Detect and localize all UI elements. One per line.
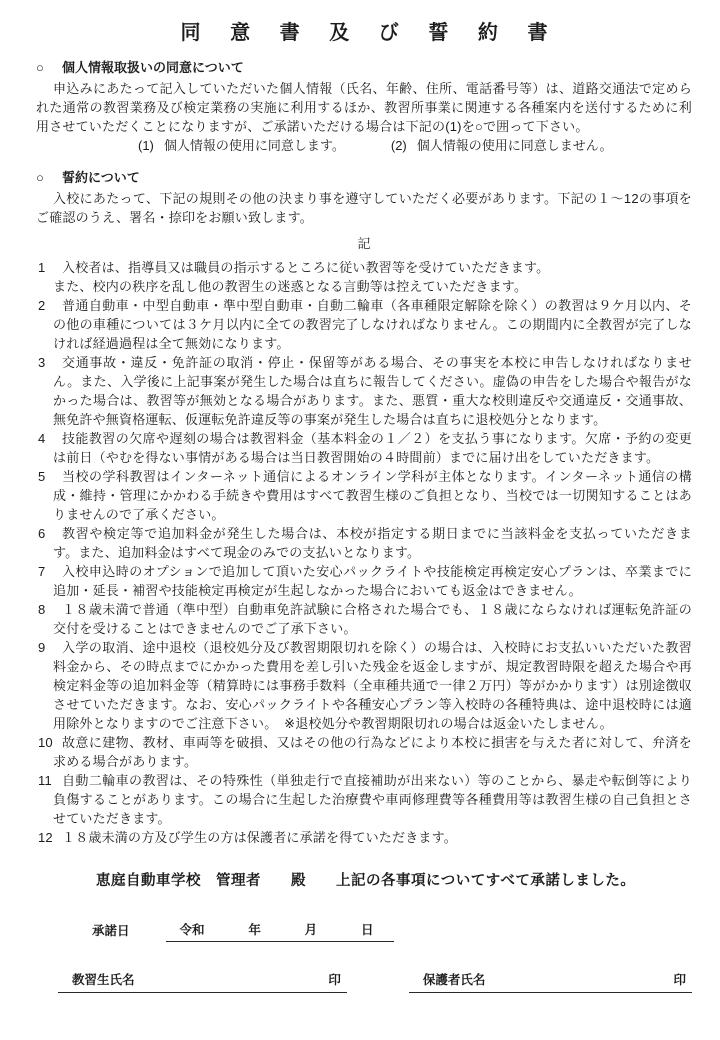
oath-item: 1 入校者は、指導員又は職員の指示するところに従い教習等を受けていただきます。 …: [36, 258, 692, 296]
oath-heading-text: 誓約について: [62, 167, 140, 186]
oath-item-number: 5: [36, 467, 53, 524]
list-start-marker: 記: [36, 234, 692, 253]
oath-item-text: 自動二輪車の教習は、その特殊性（単独走行で直接補助が出来ない）等のことから、暴走…: [53, 771, 692, 828]
consent-date-row: 承諾日 令和 年 月 日: [92, 920, 692, 942]
oath-items-list: 1 入校者は、指導員又は職員の指示するところに従い教習等を受けていただきます。 …: [36, 258, 692, 847]
year-label: 年: [248, 920, 261, 938]
oath-item-number: 10: [36, 733, 53, 771]
circle-marker-icon: ○: [36, 60, 62, 75]
date-label: 承諾日: [92, 921, 130, 942]
oath-item-number: 2: [36, 296, 53, 353]
oath-item: 12 １８歳未満の方及び学生の方は保護者に承諾を得ていただきます。: [36, 828, 692, 847]
oath-item-text: 普通自動車・中型自動車・準中型自動車・自動二輪車（各車種限定解除を除く）の教習は…: [53, 296, 692, 353]
oath-item-number: 6: [36, 524, 53, 562]
consent-options: (1) 個人情報の使用に同意します。 (2) 個人情報の使用に同意しません。: [138, 136, 692, 155]
oath-item: 11 自動二輪車の教習は、その特殊性（単独走行で直接補助が出来ない）等のことから…: [36, 771, 692, 828]
option-2-number: (2): [391, 136, 407, 155]
oath-item: 5 当校の学科教習はインターネット通信によるオンライン学科が主体となります。イン…: [36, 467, 692, 524]
oath-item-text: １８歳未満の方及び学生の方は保護者に承諾を得ていただきます。: [53, 828, 692, 847]
oath-section-heading: ○ 誓約について: [36, 167, 692, 186]
option-1-text: 個人情報の使用に同意します。: [164, 136, 345, 155]
oath-item-number: 11: [36, 771, 53, 828]
signature-row: 教習生氏名 印 保護者氏名 印: [58, 970, 692, 993]
consent-option-disagree: (2) 個人情報の使用に同意しません。: [391, 136, 613, 155]
acknowledgment-line: 恵庭自動車学校 管理者 殿 上記の各事項についてすべて承諾しました。: [96, 869, 692, 890]
date-fill-in-field: 令和 年 月 日: [166, 920, 394, 942]
consent-option-agree: (1) 個人情報の使用に同意します。: [138, 136, 345, 155]
oath-item-text: 入学の取消、途中退校（退校処分及び教習期限切れを除く）の場合は、入校時にお支払い…: [53, 638, 692, 733]
oath-item-number: 3: [36, 353, 53, 429]
student-name-label: 教習生氏名: [72, 970, 135, 988]
guardian-seal-label: 印: [673, 970, 686, 988]
oath-item-text: 故意に建物、教材、車両等を破損、又はその他の行為などにより本校に損害を与えた者に…: [53, 733, 692, 771]
oath-item-text: 当校の学科教習はインターネット通信によるオンライン学科が主体となります。インター…: [53, 467, 692, 524]
era-label: 令和: [180, 920, 205, 938]
circle-marker-icon: ○: [36, 170, 62, 185]
guardian-name-label: 保護者氏名: [423, 970, 486, 988]
oath-item-text: 入校者は、指導員又は職員の指示するところに従い教習等を受けていただきます。 また…: [53, 258, 692, 296]
oath-item: 10 故意に建物、教材、車両等を破損、又はその他の行為などにより本校に損害を与え…: [36, 733, 692, 771]
consent-section-heading: ○ 個人情報取扱いの同意について: [36, 57, 692, 76]
consent-oath-document: 同 意 書 及 び 誓 約 書 ○ 個人情報取扱いの同意について 申込みにあたっ…: [0, 0, 720, 1040]
oath-item-text: 入校申込時のオプションで追加して頂いた安心パックライトや技能検定再検定安心プラン…: [53, 562, 692, 600]
oath-item: 2 普通自動車・中型自動車・準中型自動車・自動二輪車（各車種限定解除を除く）の教…: [36, 296, 692, 353]
oath-item-number: 12: [36, 828, 53, 847]
consent-body-text: 申込みにあたって記入していただいた個人情報（氏名、年齢、住所、電話番号等）は、道…: [36, 79, 692, 136]
oath-item: 7 入校申込時のオプションで追加して頂いた安心パックライトや技能検定再検定安心プ…: [36, 562, 692, 600]
guardian-signature-field: 保護者氏名 印: [409, 970, 692, 993]
oath-item-text: 教習や検定等で追加料金が発生した場合は、本校が指定する期日までに当該料金を支払っ…: [53, 524, 692, 562]
oath-item-text: １８歳未満で普通（準中型）自動車免許試験に合格された場合でも、１８歳にならなけれ…: [53, 600, 692, 638]
option-1-number: (1): [138, 136, 154, 155]
oath-item-text: 交通事故・違反・免許証の取消・停止・保留等がある場合、その事実を本校に申告しなけ…: [53, 353, 692, 429]
consent-heading-text: 個人情報取扱いの同意について: [62, 57, 244, 76]
oath-item-number: 8: [36, 600, 53, 638]
student-signature-field: 教習生氏名 印: [58, 970, 347, 993]
oath-item-number: 1: [36, 258, 53, 296]
student-seal-label: 印: [328, 970, 341, 988]
oath-body-text: 入校にあたって、下記の規則その他の決まり事を遵守していただく必要があります。下記…: [36, 189, 692, 227]
oath-item: 3 交通事故・違反・免許証の取消・停止・保留等がある場合、その事実を本校に申告し…: [36, 353, 692, 429]
day-label: 日: [361, 920, 374, 938]
month-label: 月: [305, 920, 318, 938]
option-2-text: 個人情報の使用に同意しません。: [417, 136, 613, 155]
oath-item: 9 入学の取消、途中退校（退校処分及び教習期限切れを除く）の場合は、入校時にお支…: [36, 638, 692, 733]
oath-item: 6 教習や検定等で追加料金が発生した場合は、本校が指定する期日までに当該料金を支…: [36, 524, 692, 562]
oath-item-number: 4: [36, 429, 53, 467]
oath-item-number: 7: [36, 562, 53, 600]
oath-item: 8 １８歳未満で普通（準中型）自動車免許試験に合格された場合でも、１８歳にならな…: [36, 600, 692, 638]
oath-item: 4 技能教習の欠席や遅刻の場合は教習料金（基本料金の１／２）を支払う事になります…: [36, 429, 692, 467]
oath-item-text: 技能教習の欠席や遅刻の場合は教習料金（基本料金の１／２）を支払う事になります。欠…: [53, 429, 692, 467]
oath-item-number: 9: [36, 638, 53, 733]
document-title: 同 意 書 及 び 誓 約 書: [36, 16, 692, 45]
